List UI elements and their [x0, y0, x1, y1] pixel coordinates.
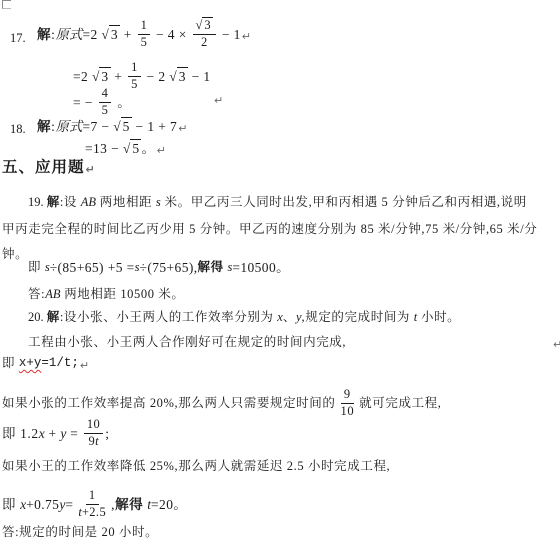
- math-run: = −: [73, 94, 97, 111]
- fraction: 109t: [84, 418, 103, 449]
- denominator: 2: [198, 35, 211, 50]
- item19-line4: 即 s÷(85+65) +5 =s÷(75+65),解得 s=10500。: [28, 259, 290, 276]
- answer-text: 答:规定的时间是 20 小时。: [2, 524, 158, 541]
- item18-line1: 解:原式=7 − √5 − 1 + 7↵: [37, 117, 187, 135]
- math-run: +: [111, 68, 127, 85]
- fraction: √32: [193, 19, 217, 50]
- text-run: 、: [283, 309, 296, 326]
- fraction: 1t+2.5: [75, 489, 109, 520]
- solve-label: 解: [37, 118, 51, 135]
- radicand: 3: [99, 67, 110, 85]
- item20-line5: 即 1.2x + y = 109t;: [2, 416, 109, 450]
- math-run: ÷(85+65) +5 =: [50, 259, 135, 276]
- paragraph-mark-icon: ↵: [85, 161, 95, 178]
- item18-number: 18.: [10, 121, 26, 138]
- math-run: =2: [73, 68, 92, 85]
- paragraph-mark-icon: ↵: [156, 142, 166, 159]
- text-run: 即 1.2: [2, 425, 39, 442]
- period: 。: [141, 140, 155, 157]
- var-AB: AB: [45, 286, 60, 303]
- numerator: 9: [341, 388, 354, 404]
- numerator: 4: [99, 87, 112, 103]
- item-number-label: 19.: [28, 194, 47, 211]
- text-run: 如果小王的工作效率降低 25%,那么两人就需延迟 2.5 小时完成工程,: [2, 458, 390, 475]
- answer-label: 答:: [28, 286, 45, 303]
- item19-line5: 答:AB 两地相距 10500 米。: [28, 286, 185, 303]
- denominator: 5: [138, 35, 151, 50]
- math-run: =13 −: [85, 140, 123, 157]
- radicand: 3: [109, 25, 120, 43]
- paragraph-mark-icon: ↵: [552, 338, 560, 351]
- section-header: 五、应用题↵: [2, 159, 95, 176]
- text-run: 即: [2, 496, 20, 513]
- text-run: 两地相距: [96, 194, 156, 211]
- text-run: ,规定的完成时间为: [302, 309, 414, 326]
- text-run: 就可完成工程,: [359, 395, 441, 412]
- item20-line2: 工程由小张、小王两人合作刚好可在规定的时间内完成,: [28, 334, 346, 351]
- typed-equation-flagged: x+y: [19, 355, 42, 372]
- item20-line1: 20. 解:设小张、小王两人的工作效率分别为 x、y,规定的完成时间为 t 小时…: [28, 309, 460, 326]
- item19-line1: 19. 解:设 AB 两地相距 s 米。甲乙丙三人同时出发,甲和丙相遇 5 分钟…: [28, 194, 527, 211]
- math-run: +: [45, 425, 61, 442]
- fraction: 45: [99, 87, 112, 118]
- sqrt-sign: √: [169, 68, 176, 85]
- numerator: 1: [138, 19, 151, 35]
- solve-label: 解: [47, 194, 60, 211]
- numerator: 1: [128, 61, 141, 77]
- math-run: ÷(75+65),: [140, 259, 198, 276]
- solve-result-label: 解得: [198, 259, 228, 276]
- text-run: 即: [2, 355, 19, 372]
- math-run: +: [120, 26, 136, 43]
- text-run: 甲丙走完全程的时间比乙丙少用 5 分钟。甲乙丙的速度分别为 85 米/分钟,75…: [2, 221, 537, 238]
- solve-result-label: 解得: [115, 496, 147, 513]
- text-run: 如果小张的工作效率提高 20%,那么两人只需要规定时间的: [2, 395, 335, 412]
- math-run: − 4 ×: [152, 26, 190, 43]
- item-number-label: 17.: [10, 30, 26, 47]
- math-run: =7 −: [82, 118, 113, 135]
- math-run: +0.75: [26, 496, 59, 513]
- math-run: ;: [105, 425, 109, 442]
- numerator: 10: [84, 418, 103, 434]
- math-run: − 1 + 7: [132, 118, 177, 135]
- radicand: 3: [202, 17, 213, 32]
- denominator: t+2.5: [75, 505, 109, 520]
- paragraph-mark-icon: ↵: [79, 357, 89, 374]
- item-number-label: 18.: [10, 121, 26, 138]
- text-run: 即: [28, 259, 45, 276]
- numerator: √3: [193, 19, 217, 35]
- sqrt-sign: √: [92, 68, 99, 85]
- typed-equation: =1/t;: [41, 355, 79, 372]
- text-run: 小时。: [417, 309, 460, 326]
- item19-line2: 甲丙走完全程的时间比乙丙少用 5 分钟。甲乙丙的速度分别为 85 米/分钟,75…: [2, 221, 537, 238]
- solve-label: 解: [47, 309, 60, 326]
- math-run: =20。: [151, 496, 187, 513]
- text-run: 两地相距 10500 米。: [60, 286, 184, 303]
- solve-label: 解: [37, 26, 51, 43]
- fraction: 15: [138, 19, 151, 50]
- math-run: − 1: [188, 68, 211, 85]
- math-run: =10500。: [232, 259, 290, 276]
- section-title: 五、应用题: [2, 159, 85, 176]
- item17-number: 17.: [10, 30, 26, 47]
- item20-line6: 如果小王的工作效率降低 25%,那么两人就需延迟 2.5 小时完成工程,: [2, 458, 390, 475]
- radicand: 5: [130, 139, 141, 157]
- item20-line4: 如果小张的工作效率提高 20%,那么两人只需要规定时间的910就可完成工程,: [2, 386, 442, 420]
- paragraph-mark-icon: ↵: [177, 120, 187, 137]
- math-run: =: [65, 496, 73, 513]
- item17-line1: 解:原式=2 √3 + 15 − 4 × √32 − 1↵: [37, 19, 251, 50]
- item19-line3: 钟。: [2, 246, 28, 263]
- text-run: 米。甲乙丙三人同时出发,甲和丙相遇 5 分钟后乙和丙相遇,说明: [161, 194, 527, 211]
- period: 。: [113, 94, 131, 111]
- paragraph-mark-icon: ↵: [213, 94, 223, 107]
- radicand: 3: [177, 67, 188, 85]
- var-AB: AB: [81, 194, 96, 211]
- sqrt-sign: √: [113, 118, 120, 135]
- sqrt-sign: √: [123, 140, 130, 157]
- text-run: :设小张、小王两人的工作效率分别为: [60, 309, 277, 326]
- document-page: 17. 解:原式=2 √3 + 15 − 4 × √32 − 1↵ =2 √3 …: [0, 0, 560, 548]
- denominator: 5: [99, 103, 112, 118]
- sqrt-sign: √: [101, 26, 108, 43]
- denominator: 9t: [85, 434, 101, 449]
- corner-artifact: [2, 0, 11, 9]
- math-run: =: [66, 425, 82, 442]
- item20-line7: 即 x+0.75y=1t+2.5,解得 t=20。: [2, 486, 187, 522]
- item18-line2: =13 − √5。↵: [85, 139, 166, 157]
- text-run: 工程由小张、小王两人合作刚好可在规定的时间内完成,: [28, 334, 346, 351]
- radicand: 5: [121, 117, 132, 135]
- text-run: :设: [60, 194, 81, 211]
- expr-label: 原式: [55, 118, 82, 135]
- math-run: − 1: [218, 26, 241, 43]
- math-run: =2: [82, 26, 101, 43]
- text-run: 钟。: [2, 246, 28, 263]
- item17-line3: = − 45 。: [73, 87, 131, 118]
- expr-label: 原式: [55, 26, 82, 43]
- math-run: − 2: [143, 68, 170, 85]
- denominator: 10: [337, 404, 357, 419]
- var-t: t: [95, 434, 98, 448]
- item20-line3: 即 x+y=1/t;↵: [2, 355, 89, 372]
- item-number-label: 20.: [28, 309, 47, 326]
- fraction: 910: [337, 388, 357, 419]
- numerator: 1: [86, 489, 99, 505]
- item20-line8: 答:规定的时间是 20 小时。: [2, 524, 158, 541]
- math-run: +2.5: [82, 505, 106, 519]
- paragraph-mark-icon: ↵: [241, 28, 251, 45]
